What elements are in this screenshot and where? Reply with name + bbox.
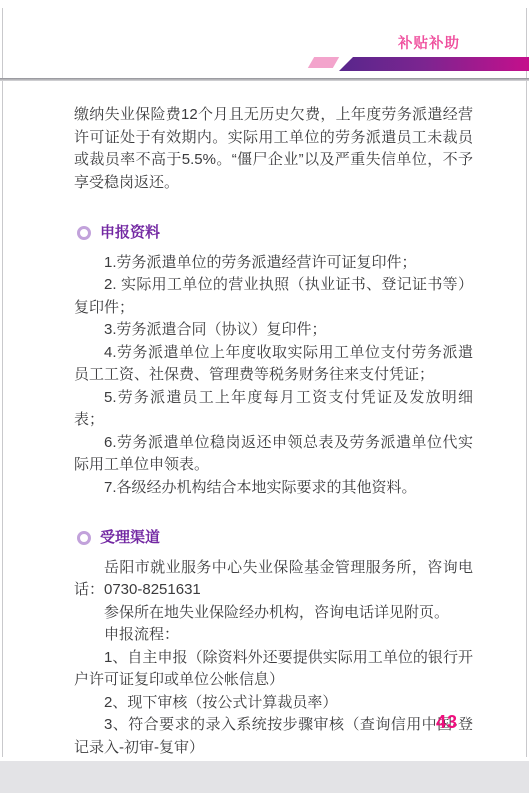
- section-heading-text: 受理渠道: [100, 527, 160, 550]
- channel-line: 岳阳市就业服务中心失业保险基金管理服务所，咨询电话：0730-8251631: [74, 557, 473, 602]
- list-item: 4.劳务派遣单位上年度收取实际用工单位支付劳务派遣员工工资、社保费、管理费等税务…: [74, 342, 473, 387]
- right-edge-line: [526, 8, 527, 757]
- page-content: 缴纳失业保险费12个月且无历史欠费，上年度劳务派遣经营许可证处于有效期内。实际用…: [74, 104, 473, 759]
- gradient-bar-decoration: [339, 57, 529, 71]
- document-page: 补贴补助 缴纳失业保险费12个月且无历史欠费，上年度劳务派遣经营许可证处于有效期…: [0, 0, 529, 793]
- channel-line: 1、自主申报（除资料外还要提供实际用工单位的银行开户许可证复印或单位公帐信息）: [74, 647, 473, 692]
- ring-bullet-icon: [77, 226, 91, 240]
- footer-strip: [0, 761, 529, 793]
- section-heading-materials: 申报资料: [74, 222, 473, 245]
- list-item: 1.劳务派遣单位的劳务派遣经营许可证复印件；: [74, 252, 473, 275]
- section-acceptance-channels: 受理渠道 岳阳市就业服务中心失业保险基金管理服务所，咨询电话：0730-8251…: [74, 527, 473, 759]
- list-item: 6.劳务派遣单位稳岗返还申领总表及劳务派遣单位代实际用工单位申领表。: [74, 432, 473, 477]
- channel-line: 2、现下审核（按公式计算裁员率）: [74, 692, 473, 715]
- list-item: 2. 实际用工单位的营业执照（执业证书、登记证书等）复印件；: [74, 274, 473, 319]
- section-application-materials: 申报资料 1.劳务派遣单位的劳务派遣经营许可证复印件； 2. 实际用工单位的营业…: [74, 222, 473, 499]
- intro-paragraph: 缴纳失业保险费12个月且无历史欠费，上年度劳务派遣经营许可证处于有效期内。实际用…: [74, 104, 473, 194]
- list-item: 5.劳务派遣员工上年度每月工资支付凭证及发放明细表；: [74, 387, 473, 432]
- left-edge-line: [2, 8, 3, 757]
- channel-line: 申报流程：: [74, 624, 473, 647]
- page-number: 43: [436, 712, 458, 733]
- pink-parallelogram-decoration: [308, 57, 339, 68]
- section-heading-channels: 受理渠道: [74, 527, 473, 550]
- channel-line: 参保所在地失业保险经办机构，咨询电话详见附页。: [74, 602, 473, 625]
- list-item: 7.各级经办机构结合本地实际要求的其他资料。: [74, 477, 473, 500]
- ring-bullet-icon: [77, 531, 91, 545]
- header-divider-line: [0, 78, 529, 81]
- list-item: 3.劳务派遣合同（协议）复印件；: [74, 319, 473, 342]
- section-heading-text: 申报资料: [100, 222, 160, 245]
- channel-line: 3、符合要求的录入系统按步骤审核（查询信用中国-登记录入-初审-复审）: [74, 714, 473, 759]
- header-chapter-title: 补贴补助: [398, 32, 460, 53]
